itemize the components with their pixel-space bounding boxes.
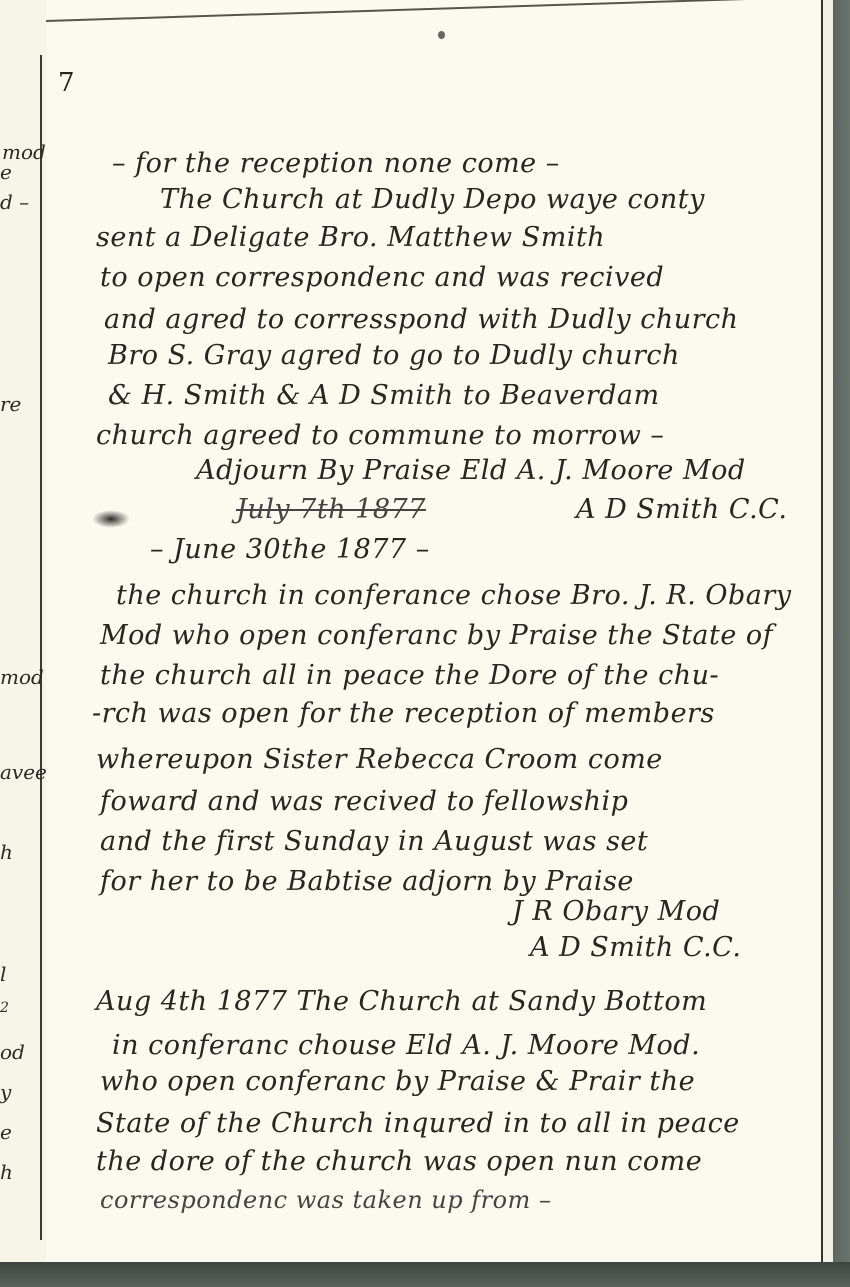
minutes-line: Bro S. Gray agred to go to Dudly church — [108, 340, 680, 371]
minutes-line: sent a Deligate Bro. Matthew Smith — [96, 222, 605, 253]
entry-date-heading: Aug 4th 1877 The Church at Sandy Bottom — [96, 986, 707, 1017]
minutes-line: – for the reception none come – — [112, 148, 560, 179]
minutes-line: who open conferanc by Praise & Prair the — [100, 1066, 695, 1097]
margin-fragment: h — [0, 1160, 13, 1184]
margin-fragment: avee — [0, 760, 47, 784]
clerk-signature: A D Smith C.C. — [530, 932, 741, 963]
margin-fragment: od — [0, 1040, 25, 1064]
margin-fragment: mod — [0, 665, 44, 689]
margin-fragment: l — [0, 962, 6, 986]
minutes-line: -rch was open for the reception of membe… — [92, 698, 715, 729]
ink-smudge — [92, 510, 130, 528]
minutes-line: the church all in peace the Dore of the … — [100, 660, 719, 691]
adjournment-line: Adjourn By Praise Eld A. J. Moore Mod — [196, 455, 746, 486]
minutes-line: whereupon Sister Rebecca Croom come — [96, 744, 663, 775]
minutes-line: for her to be Babtise adjorn by Praise — [100, 866, 634, 897]
minutes-line: the dore of the church was open nun come — [96, 1146, 702, 1177]
minutes-line: the church in conferance chose Bro. J. R… — [116, 580, 792, 611]
moderator-signature: J R Obary Mod — [512, 896, 720, 927]
book-cover-bottom — [0, 1262, 850, 1287]
clerk-signature: A D Smith C.C. — [576, 494, 787, 525]
minutes-line: foward and was recived to fellowship — [100, 786, 628, 817]
minutes-line: to open correspondenc and was recived — [100, 262, 664, 293]
book-binding-edge — [815, 0, 850, 1287]
minutes-line: correspondenc was taken up from – — [100, 1186, 551, 1214]
margin-fragment: e — [0, 160, 12, 184]
facing-page-margin-rule — [40, 55, 42, 1240]
minutes-line: The Church at Dudly Depo waye conty — [160, 184, 705, 215]
margin-fragment: re — [0, 392, 21, 416]
minutes-line: church agreed to commune to morrow – — [96, 420, 664, 451]
minutes-line: & H. Smith & A D Smith to Beaverdam — [108, 380, 660, 411]
struck-date: July 7th 1877 — [236, 494, 426, 525]
minutes-line: in conferanc chouse Eld A. J. Moore Mod. — [112, 1030, 700, 1061]
margin-fragment: e — [0, 1120, 12, 1144]
entry-date-heading: – June 30the 1877 – — [150, 534, 430, 565]
margin-fragment: d – — [0, 190, 29, 214]
margin-fragment: h — [0, 840, 13, 864]
minutes-line: and the first Sunday in August was set — [100, 826, 648, 857]
margin-fragment: 2 — [0, 1000, 9, 1016]
binding-hole — [438, 31, 445, 39]
page-mark: 7 — [58, 68, 75, 98]
minutes-line: Mod who open conferanc by Praise the Sta… — [100, 620, 773, 651]
margin-fragment: y — [0, 1080, 11, 1104]
facing-page-edge: mod e d – re mod avee h l 2 od y e h — [0, 0, 46, 1287]
minutes-line: State of the Church inqured in to all in… — [96, 1108, 740, 1139]
minutes-line: and agred to corresspond with Dudly chur… — [104, 304, 739, 335]
